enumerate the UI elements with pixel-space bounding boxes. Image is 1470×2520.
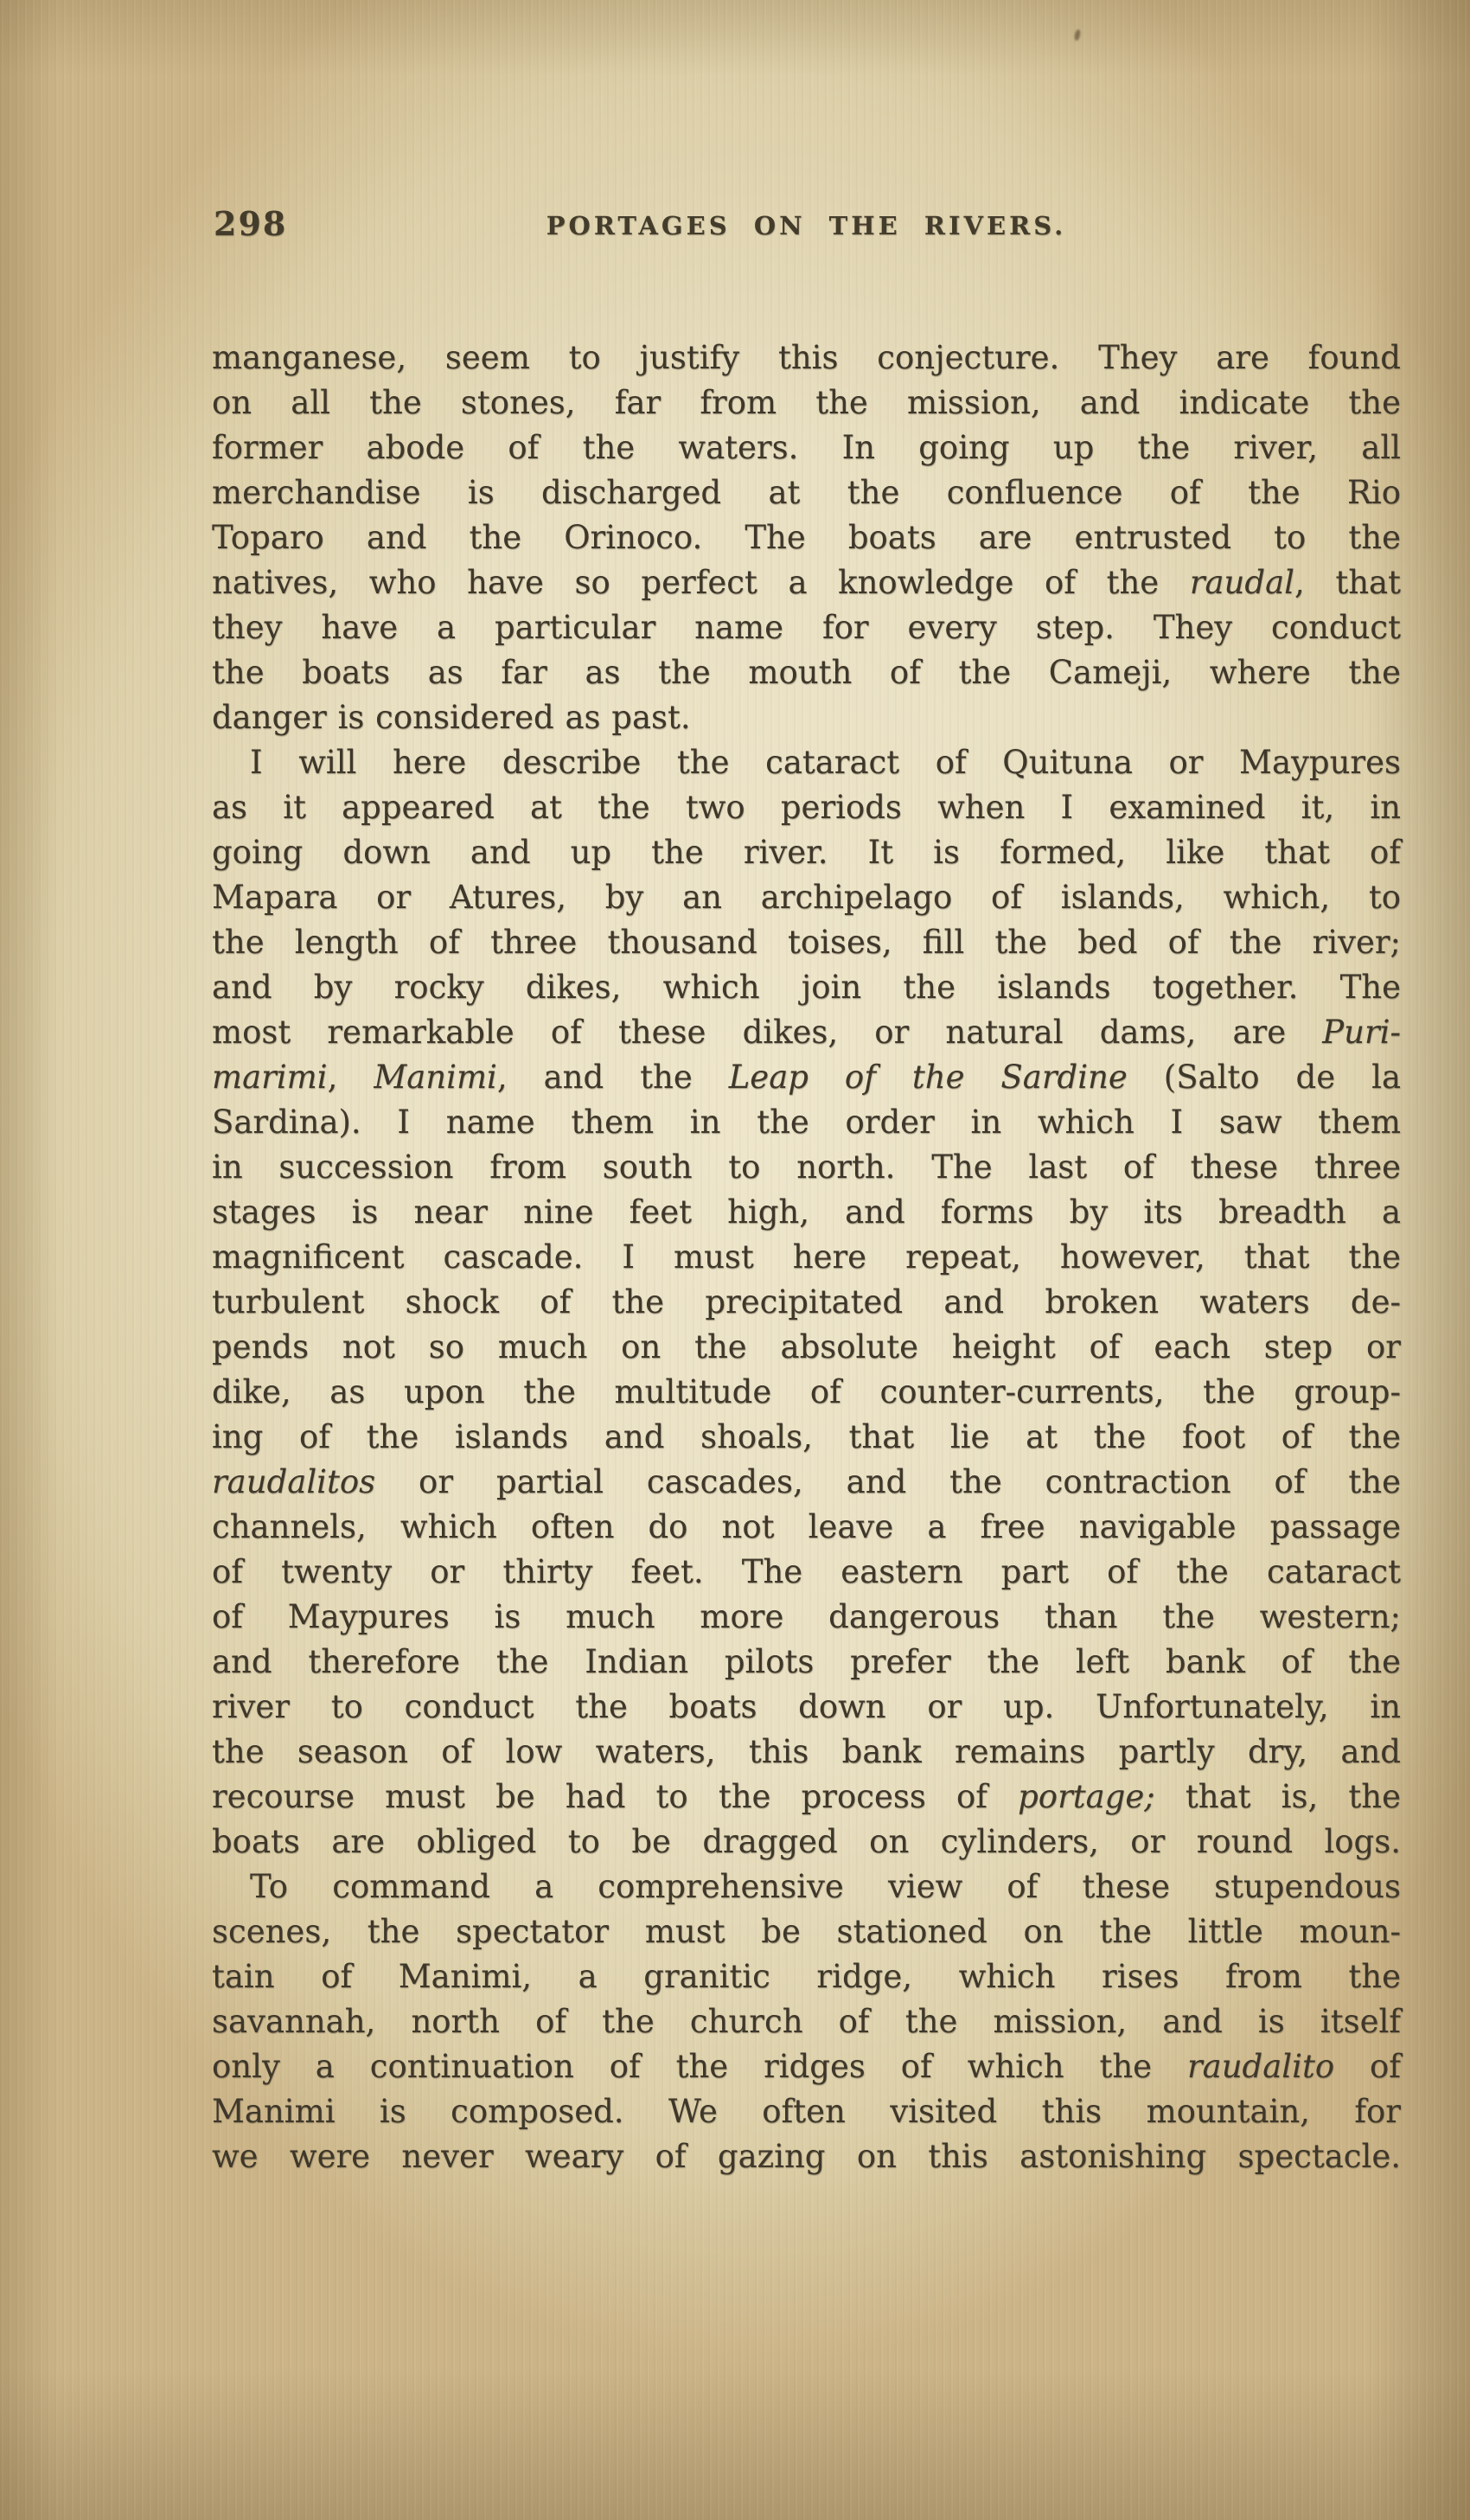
text-line: danger is considered as past.: [212, 695, 1401, 740]
ink-speck: [1074, 29, 1082, 42]
text-line: river to conduct the boats down or up. U…: [212, 1685, 1401, 1730]
text-line: Sardina). I name them in the order in wh…: [212, 1100, 1401, 1145]
text-line: natives, who have so perfect a knowledge…: [212, 560, 1401, 605]
text-line: of Maypures is much more dangerous than …: [212, 1595, 1401, 1640]
text-line: Mapara or Atures, by an archipelago of i…: [212, 875, 1401, 920]
body-text: manganese, seem to justify this conjectu…: [212, 336, 1401, 2179]
text-line: former abode of the waters. In going up …: [212, 425, 1401, 470]
text-line: channels, which often do not leave a fre…: [212, 1505, 1401, 1550]
text-line: ing of the islands and shoals, that lie …: [212, 1415, 1401, 1460]
page-number: 298: [214, 204, 287, 243]
text-line: boats are obliged to be dragged on cylin…: [212, 1820, 1401, 1864]
text-line: the boats as far as the mouth of the Cam…: [212, 650, 1401, 695]
text-line: manganese, seem to justify this conjectu…: [212, 336, 1401, 381]
page-header: 298 PORTAGES ON THE RIVERS.: [212, 204, 1401, 259]
text-line: and therefore the Indian pilots prefer t…: [212, 1640, 1401, 1685]
text-line: To command a comprehensive view of these…: [212, 1864, 1401, 1909]
text-line: the length of three thousand toises, fil…: [212, 920, 1401, 965]
text-line: they have a particular name for every st…: [212, 605, 1401, 650]
text-line: savannah, north of the church of the mis…: [212, 1999, 1401, 2044]
text-line: going down and up the river. It is forme…: [212, 830, 1401, 875]
text-line: in succession from south to north. The l…: [212, 1145, 1401, 1190]
text-line: I will here describe the cataract of Qui…: [212, 740, 1401, 785]
text-line: on all the stones, far from the mission,…: [212, 381, 1401, 425]
text-line: most remarkable of these dikes, or natur…: [212, 1010, 1401, 1055]
text-line: turbulent shock of the precipitated and …: [212, 1280, 1401, 1325]
text-line: dike, as upon the multitude of counter-c…: [212, 1370, 1401, 1415]
text-line: Toparo and the Orinoco. The boats are en…: [212, 515, 1401, 560]
text-line: raudalitos or partial cascades, and the …: [212, 1460, 1401, 1505]
text-line: recourse must be had to the process of p…: [212, 1775, 1401, 1820]
text-line: we were never weary of gazing on this as…: [212, 2134, 1401, 2179]
text-line: and by rocky dikes, which join the islan…: [212, 965, 1401, 1010]
text-line: marimi, Manimi, and the Leap of the Sard…: [212, 1055, 1401, 1100]
text-line: tain of Manimi, a granitic ridge, which …: [212, 1954, 1401, 1999]
running-title: PORTAGES ON THE RIVERS.: [212, 204, 1401, 240]
text-line: merchandise is discharged at the conflue…: [212, 470, 1401, 515]
text-line: magnificent cascade. I must here repeat,…: [212, 1235, 1401, 1280]
text-line: pends not so much on the absolute height…: [212, 1325, 1401, 1370]
text-line: as it appeared at the two periods when I…: [212, 785, 1401, 830]
book-page: 298 PORTAGES ON THE RIVERS. manganese, s…: [0, 0, 1470, 2520]
text-line: the season of low waters, this bank rema…: [212, 1730, 1401, 1775]
text-line: Manimi is composed. We often visited thi…: [212, 2089, 1401, 2134]
text-line: scenes, the spectator must be stationed …: [212, 1909, 1401, 1954]
text-line: stages is near nine feet high, and forms…: [212, 1190, 1401, 1235]
text-line: of twenty or thirty feet. The eastern pa…: [212, 1550, 1401, 1595]
text-line: only a continuation of the ridges of whi…: [212, 2044, 1401, 2089]
